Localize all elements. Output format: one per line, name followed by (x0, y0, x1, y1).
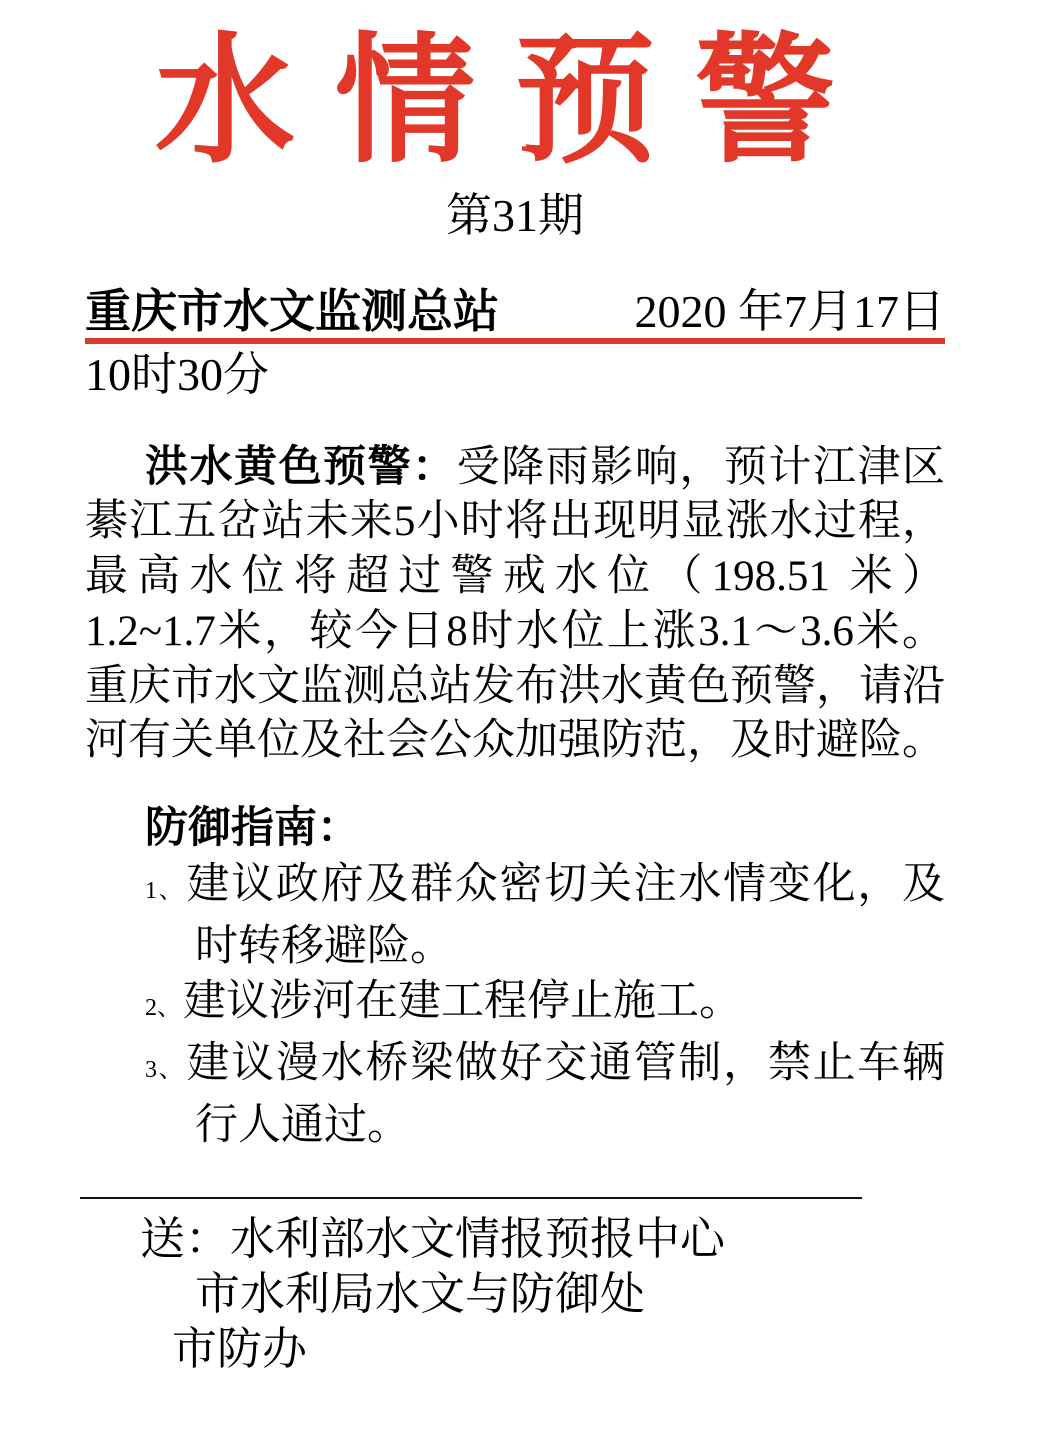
red-divider-rule (85, 338, 945, 344)
footer-divider-line (80, 1197, 862, 1199)
warning-level-label: 洪水黄色预警： (145, 443, 457, 491)
text-segment: 较今日 (310, 607, 447, 655)
text-segment: 8 (446, 608, 468, 655)
bulletin-page: 水情预警 第31期 重庆市水文监测总站 2020 年7月17日 10时30分 洪… (85, 26, 945, 1376)
item-text: 建议涉河在建工程停止施工。 (183, 977, 742, 1025)
bulletin-title: 水情预警 (85, 26, 945, 176)
issue-date: 2020 年7月17日 (635, 288, 946, 336)
item-number: 2、 (145, 995, 183, 1021)
issuer-date-row: 重庆市水文监测总站 2020 年7月17日 (85, 287, 945, 336)
issue-number-line: 第31期 (85, 190, 945, 241)
issue-prefix: 第 (446, 189, 492, 241)
item-number: 3、 (145, 1057, 186, 1083)
text-segment: 5 (394, 498, 416, 545)
warning-paragraph: 洪水黄色预警：受降雨影响，预计江津区綦江五岔站未来5小时将出现明显涨水过程，最高… (85, 440, 945, 767)
guidance-item-3: 3、建议漫水桥梁做好交通管制，禁止车辆行人通过。 (195, 1036, 945, 1153)
distribution-line-2: 市水利局水文与防御处 (195, 1266, 945, 1321)
text-segment: 3.1～3.6米 (698, 608, 902, 655)
distribution-line-3: 市防办 (172, 1321, 945, 1376)
guidance-heading: 防御指南： (145, 803, 945, 853)
guidance-item-1: 1、建议政府及群众密切关注水情变化，及时转移避险。 (195, 857, 945, 974)
text-segment: 时水位上涨 (468, 607, 698, 655)
item-number: 1、 (145, 878, 186, 904)
issue-number: 31 (492, 190, 538, 241)
guidance-item-2: 2、建议涉河在建工程停止施工。 (195, 974, 945, 1036)
issue-suffix: 期 (538, 189, 584, 241)
guidance-list: 1、建议政府及群众密切关注水情变化，及时转移避险。 2、建议涉河在建工程停止施工… (85, 857, 945, 1153)
distribution-line-1: 送：水利部水文情报预报中心 (140, 1211, 945, 1266)
item-text: 建议漫水桥梁做好交通管制，禁止车辆行人通过。 (186, 1039, 945, 1149)
item-text: 建议政府及群众密切关注水情变化，及时转移避险。 (186, 860, 945, 970)
issuing-agency: 重庆市水文监测总站 (85, 287, 499, 335)
warning-body-text: 受降雨影响，预计江津区綦江五岔站未来5小时将出现明显涨水过程，最高水位将超过警戒… (85, 443, 945, 764)
issue-time: 10时30分 (85, 350, 945, 400)
distribution-list: 送：水利部水文情报预报中心 市水利局水文与防御处 市防办 (85, 1211, 945, 1376)
